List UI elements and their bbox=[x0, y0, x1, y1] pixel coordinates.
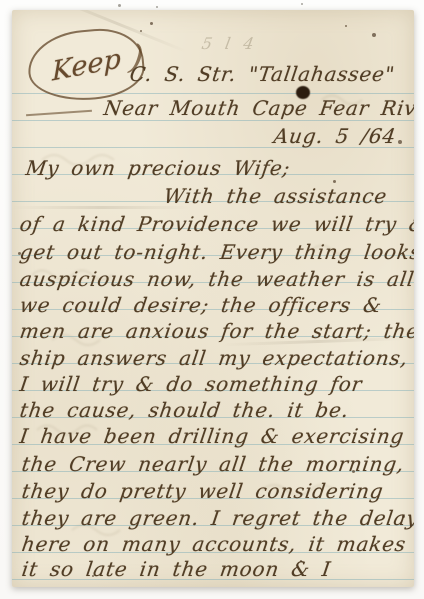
foxing-speck bbox=[18, 252, 21, 255]
foxing-speck bbox=[333, 180, 336, 183]
letter-photograph: Keep ) 5 l 4 C. S. Str. "Tallahassee" Ne… bbox=[0, 0, 424, 599]
foxing-speck bbox=[352, 470, 355, 473]
flourish-dash bbox=[26, 110, 92, 117]
keep-annotation-text: Keep bbox=[51, 43, 120, 87]
body-line: they do pretty well considering bbox=[20, 479, 385, 503]
heading-vessel: C. S. Str. "Tallahassee" bbox=[128, 62, 396, 86]
body-line: I have been drilling & exercising bbox=[18, 424, 406, 448]
dust-speck bbox=[156, 6, 158, 8]
salutation: My own precious Wife; bbox=[24, 156, 292, 180]
body-line: the Crew nearly all the morning, bbox=[20, 452, 406, 476]
body-line: they are green. I regret the delay bbox=[20, 506, 414, 530]
body-line: the cause, should the. it be. bbox=[18, 398, 350, 422]
body-line: get out to-night. Every thing looks bbox=[18, 240, 414, 264]
body-line: of a kind Providence we will try & bbox=[18, 212, 414, 236]
body-line: ship answers all my expectations, & bbox=[18, 346, 414, 370]
foxing-speck bbox=[402, 515, 405, 518]
letter-paper: Keep ) 5 l 4 C. S. Str. "Tallahassee" Ne… bbox=[12, 10, 414, 587]
foxing-speck bbox=[92, 575, 94, 577]
heading-date: Aug. 5 /64 bbox=[272, 124, 397, 148]
body-line: auspicious now, the weather is all bbox=[18, 267, 414, 291]
foxing-speck bbox=[372, 33, 376, 37]
ink-blot bbox=[296, 86, 310, 99]
body-line: With the assistance bbox=[162, 184, 389, 208]
body-line: here on many accounts, it makes bbox=[20, 532, 407, 556]
foxing-speck bbox=[398, 140, 402, 144]
dust-speck bbox=[118, 4, 121, 7]
body-line: it so late in the moon & I bbox=[20, 557, 332, 581]
pencil-mark: 5 l 4 bbox=[200, 34, 259, 53]
body-line: men are anxious for the start; the bbox=[18, 319, 414, 343]
foxing-speck bbox=[140, 30, 142, 32]
body-line: I will try & do something for bbox=[18, 372, 364, 396]
heading-location: Near Mouth Cape Fear River bbox=[102, 96, 414, 120]
foxing-speck bbox=[150, 22, 153, 25]
foxing-speck bbox=[345, 25, 347, 27]
body-line: we could desire; the officers & bbox=[18, 293, 383, 317]
foxing-speck bbox=[300, 560, 302, 562]
dust-speck bbox=[301, 3, 303, 5]
